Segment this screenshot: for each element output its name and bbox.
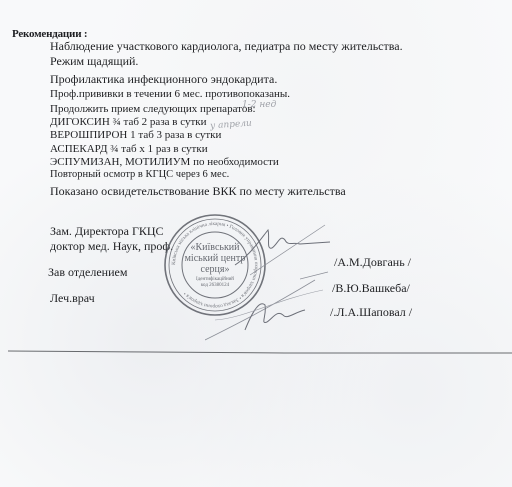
medication-item: ВЕРОШПИРОН 1 таб 3 раза в сутки — [50, 130, 403, 141]
signatory-name: /В.Ю.Вашкеба/ — [332, 282, 410, 294]
signatory-degree: доктор мед. Наук, проф. — [50, 240, 173, 252]
signatory-title: Зав отделением — [48, 266, 127, 278]
signatory-name: /А.М.Довгань / — [334, 256, 411, 268]
paper-fold-line-icon — [0, 350, 512, 356]
recommendation-item: Продолжить прием следующих препаратов: — [50, 104, 403, 115]
handwritten-note: 1-2 нед — [242, 100, 276, 110]
signatory-title: Леч.врач — [50, 292, 95, 304]
recommendations-list: Наблюдение участкового кардиолога, педиа… — [50, 40, 403, 197]
pen-stroke-icon — [300, 270, 330, 280]
recommendation-item: Профилактика инфекционного эндокардита. — [50, 73, 403, 85]
signatory-title: Зам. Директора ГКЦС — [50, 225, 164, 237]
recommendation-item: Показано освидетельствование ВКК по мест… — [50, 185, 403, 197]
medication-item: ЭСПУМИЗАН, МОТИЛИУМ по необходимости — [50, 157, 403, 168]
recommendation-item: Проф.прививки в течении 6 мес. противопо… — [50, 89, 403, 100]
recommendation-item: Повторный осмотр в КГЦС через 6 мес. — [50, 170, 403, 181]
scanned-document-page: Рекомендации : Наблюдение участкового ка… — [0, 0, 512, 487]
recommendation-item: Режим щадящий. — [50, 55, 403, 67]
recommendation-item: Наблюдение участкового кардиолога, педиа… — [50, 40, 403, 52]
signature-physician-icon — [205, 270, 325, 345]
signatory-name: /.Л.А.Шаповал / — [330, 306, 412, 318]
medication-item: АСПЕКАРД ¾ таб х 1 раз в сутки — [50, 144, 403, 155]
